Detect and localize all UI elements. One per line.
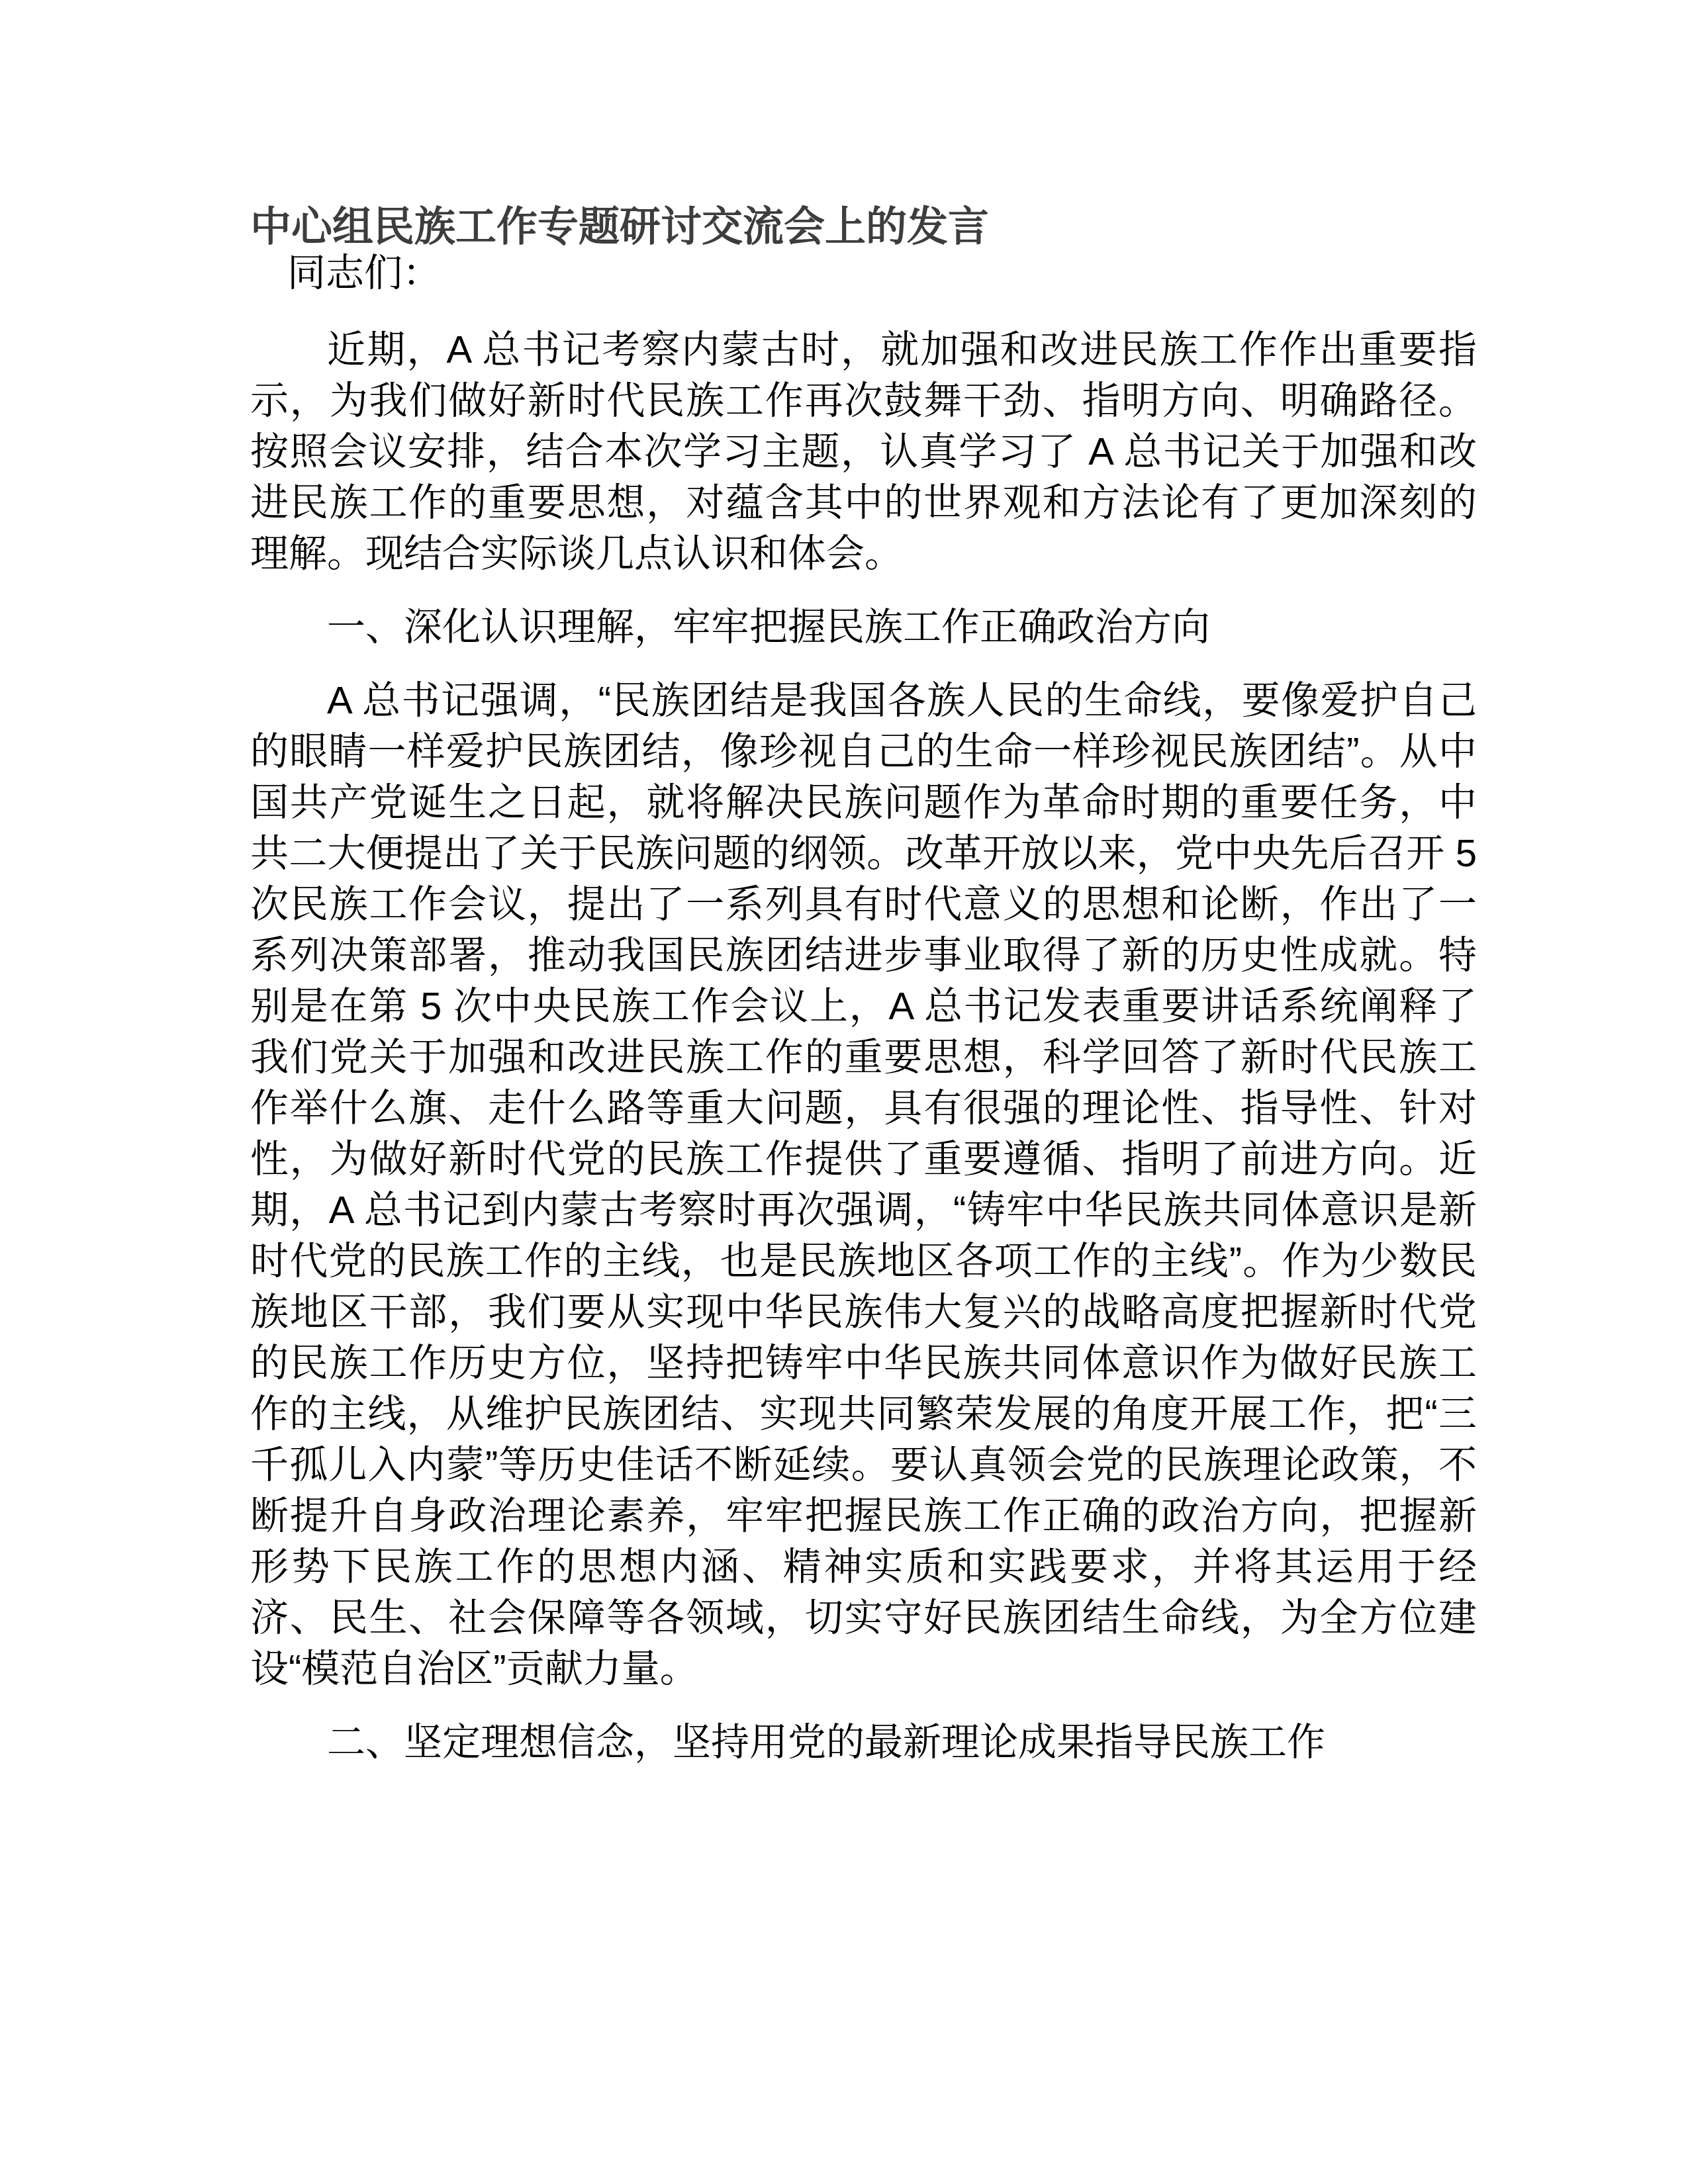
section-heading-2: 二、坚定理想信念，坚持用党的最新理论成果指导民族工作: [250, 1717, 1477, 1768]
salutation-line: 同志们：: [250, 251, 1477, 295]
document-page: 中心组民族工作专题研讨交流会上的发言 同志们： 近期，A 总书记考察内蒙古时，就…: [0, 0, 1688, 2184]
document-title: 中心组民族工作专题研讨交流会上的发言: [250, 204, 1477, 251]
section-1-paragraph: A 总书记强调，“民族团结是我国各族人民的生命线，要像爱护自己的眼睛一样爱护民族…: [250, 675, 1477, 1694]
intro-paragraph: 近期，A 总书记考察内蒙古时，就加强和改进民族工作作出重要指示，为我们做好新时代…: [250, 324, 1477, 579]
document-content: 中心组民族工作专题研讨交流会上的发言 同志们： 近期，A 总书记考察内蒙古时，就…: [250, 204, 1477, 1790]
section-heading-1: 一、深化认识理解，牢牢把握民族工作正确政治方向: [250, 602, 1477, 653]
